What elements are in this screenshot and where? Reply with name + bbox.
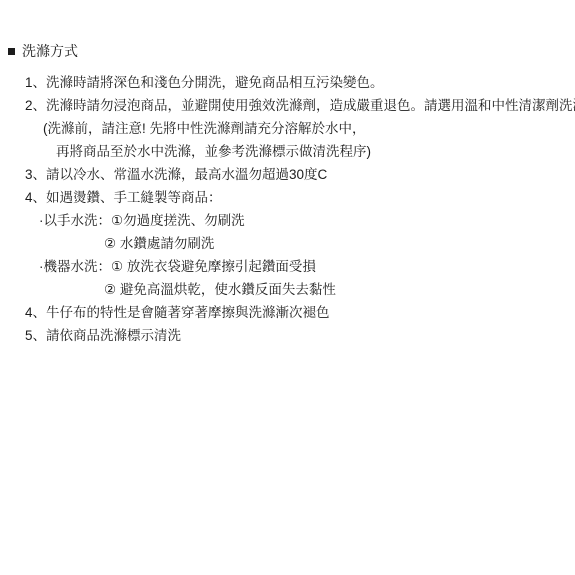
instruction-line-3: 3、請以冷水、常溫水洗滌，最高水溫勿超過30度C [25, 163, 575, 186]
square-bullet-icon [8, 48, 15, 55]
section-title-text: 洗滌方式 [22, 40, 78, 63]
section-title: 洗滌方式 [8, 40, 575, 63]
hand-wash-step-2: ② 水鑽處請勿刷洗 [104, 232, 575, 255]
machine-wash-step-1: ·機器水洗：① 放洗衣袋避免摩擦引起鑽面受損 [39, 255, 575, 278]
machine-wash-step-2: ② 避免高溫烘乾，使水鑽反面失去黏性 [104, 278, 575, 301]
instruction-line-5: 4、牛仔布的特性是會隨著穿著摩擦與洗滌漸次褪色 [25, 301, 575, 324]
instruction-line-6: 5、請依商品洗滌標示清洗 [25, 324, 575, 347]
hand-wash-step-1: ·以手水洗：①勿過度搓洗、勿刷洗 [39, 209, 575, 232]
washing-instructions-page: 洗滌方式 1、洗滌時請將深色和淺色分開洗，避免商品相互污染變色。 2、洗滌時請勿… [0, 0, 575, 575]
instruction-line-4: 4、如遇燙鑽、手工縫製等商品： [25, 186, 575, 209]
instruction-note-2: 再將商品至於水中洗滌，並參考洗滌標示做清洗程序) [56, 140, 575, 163]
instruction-line-2: 2、洗滌時請勿浸泡商品，並避開使用強效洗滌劑，造成嚴重退色。請選用溫和中性清潔劑… [25, 94, 575, 117]
instruction-note-1: (洗滌前，請注意! 先將中性洗滌劑請充分溶解於水中， [43, 117, 575, 140]
instruction-line-1: 1、洗滌時請將深色和淺色分開洗，避免商品相互污染變色。 [25, 71, 575, 94]
